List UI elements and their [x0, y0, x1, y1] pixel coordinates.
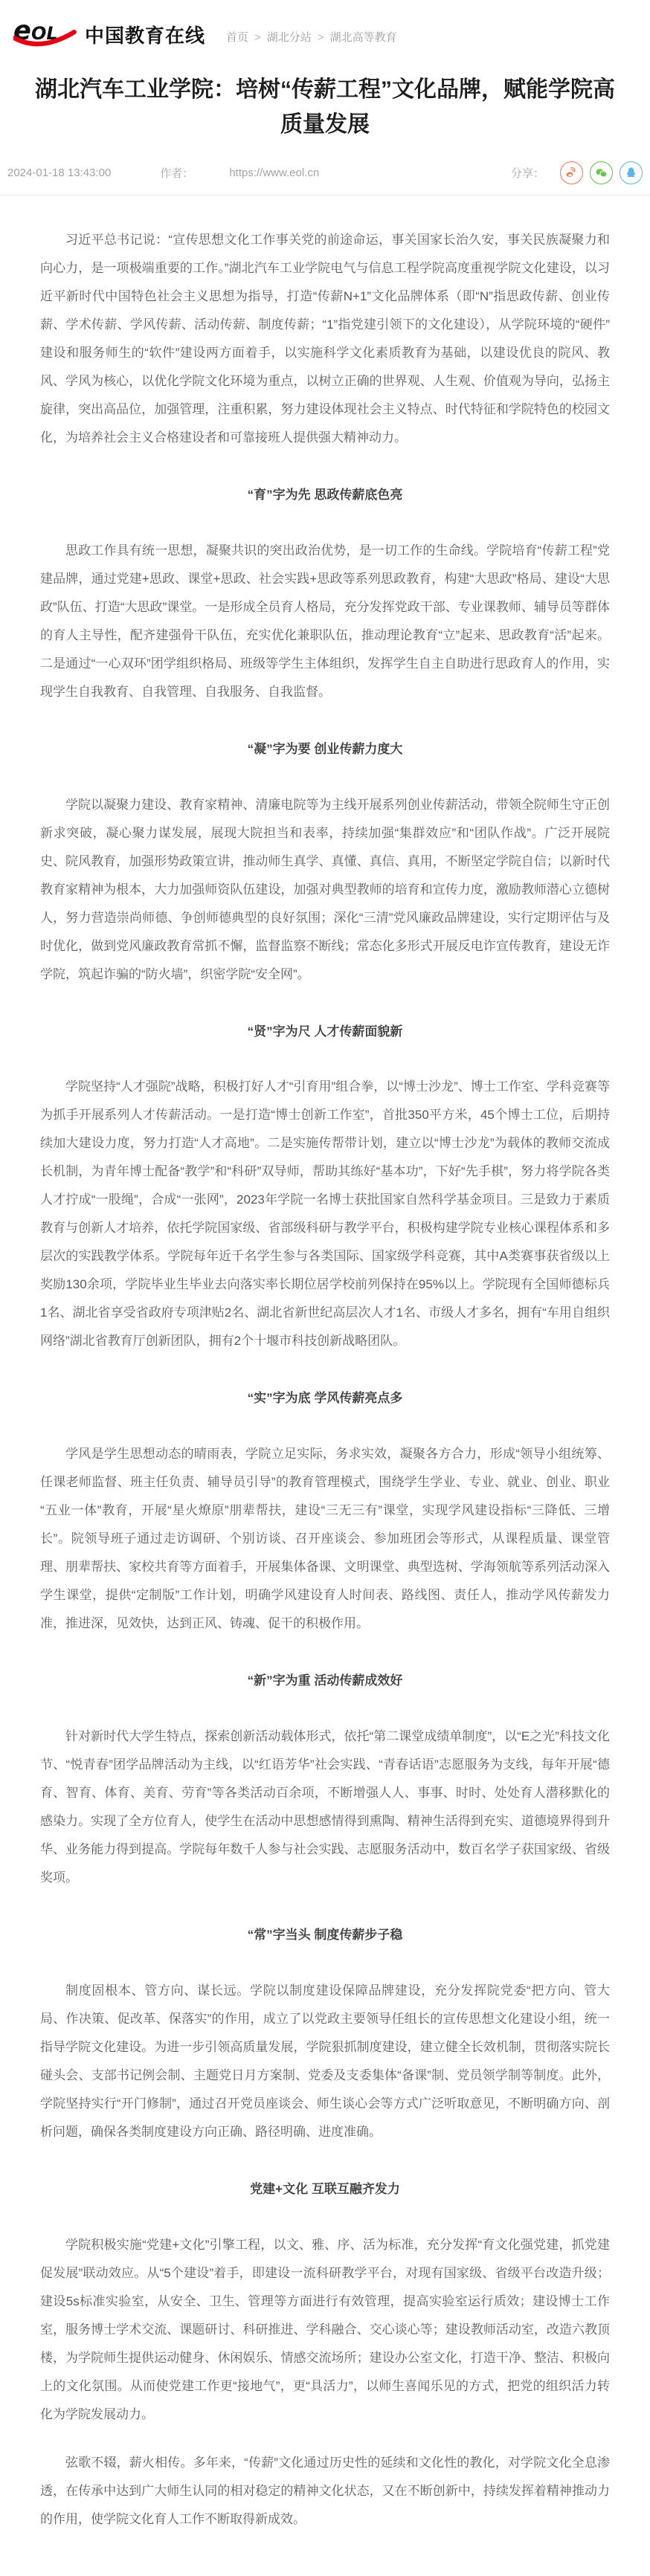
breadcrumb-item[interactable]: 湖北高等教育: [330, 31, 397, 44]
article-paragraph: 学院积极实施“党建+文化”引擎工程，以文、雅、序、活为标准，充分发挥“育文化强党…: [40, 2231, 610, 2429]
article-paragraph: 思政工作具有统一思想，凝聚共识的突出政治优势，是一切工作的生命线。学院培育“传薪…: [40, 537, 610, 706]
breadcrumb-separator: >: [318, 31, 324, 44]
share-area: 分享：: [511, 161, 643, 184]
site-logo[interactable]: e OL 中国教育在线: [13, 18, 205, 48]
share-label: 分享：: [511, 165, 544, 181]
article-body: 习近平总书记说：“宣传思想文化工作事关党的前途命运，事关国家长治久安，事关民族凝…: [40, 196, 610, 2576]
eol-logo-icon: e OL: [13, 18, 79, 48]
article-paragraph: 制度固根本、管方向、谋长远。学院以制度建设保障品牌建设，充分发挥院党委“把方向、…: [40, 1977, 610, 2146]
site-name: 中国教育在线: [85, 25, 205, 48]
share-icons: [553, 161, 643, 184]
page: e OL 中国教育在线 首页>湖北分站>湖北高等教育 湖北汽车工业学院：培树“传…: [0, 0, 650, 2576]
publish-date: 2024-01-18 13:43:00: [7, 167, 111, 179]
article-paragraph: 习近平总书记说：“宣传思想文化工作事关党的前途命运，事关国家长治久安，事关民族凝…: [40, 226, 610, 452]
section-heading: “新”字为重 活动传薪成效好: [40, 1672, 610, 1690]
section-heading: “凝”字为要 创业传薪力度大: [40, 740, 610, 758]
article-paragraph: 学院以凝聚力建设、教育家精神、清廉电院等为主线开展系列创业传薪活动，带领全院师生…: [40, 791, 610, 989]
breadcrumb-separator: >: [254, 31, 261, 44]
site-header: e OL 中国教育在线 首页>湖北分站>湖北高等教育: [0, 0, 650, 48]
qq-share-icon[interactable]: [620, 161, 643, 184]
wechat-share-icon[interactable]: [590, 161, 613, 184]
article-paragraph: 弦歌不辍，薪火相传。多年来，“传薪”文化通过历史性的延续和文化性的教化，对学院文…: [40, 2449, 610, 2534]
source-link[interactable]: https://www.eol.cn: [229, 167, 319, 179]
article-paragraph: 学院坚持“人才强院”战略，积极打好人才“引育用”组合拳，以“博士沙龙”、博士工作…: [40, 1073, 610, 1355]
section-heading: “育”字为先 思政传薪底色亮: [40, 486, 610, 504]
breadcrumb: 首页>湖北分站>湖北高等教育: [226, 29, 397, 48]
breadcrumb-item[interactable]: 湖北分站: [267, 31, 312, 44]
article-meta-bar: 2024-01-18 13:43:00 作者： https://www.eol.…: [0, 158, 650, 196]
breadcrumb-item[interactable]: 首页: [226, 31, 248, 44]
article-paragraph: 学风是学生思想动态的晴雨表，学院立足实际，务求实效，凝聚各方合力，形成“领导小组…: [40, 1440, 610, 1638]
weibo-share-icon[interactable]: [560, 161, 583, 184]
article-paragraph: 针对新时代大学生特点，探索创新活动载体形式，依托“第二课堂成绩单制度”，以“E之…: [40, 1723, 610, 1892]
section-heading: “实”字为底 学风传薪亮点多: [40, 1389, 610, 1407]
section-heading: “常”字当头 制度传薪步子稳: [40, 1926, 610, 1944]
page-title: 湖北汽车工业学院：培树“传薪工程”文化品牌，赋能学院高质量发展: [31, 73, 619, 142]
section-heading: “贤”字为尺 人才传薪面貌新: [40, 1023, 610, 1041]
section-heading: 党建+文化 互联互融齐发力: [40, 2180, 610, 2198]
author-label: 作者：: [160, 165, 193, 181]
